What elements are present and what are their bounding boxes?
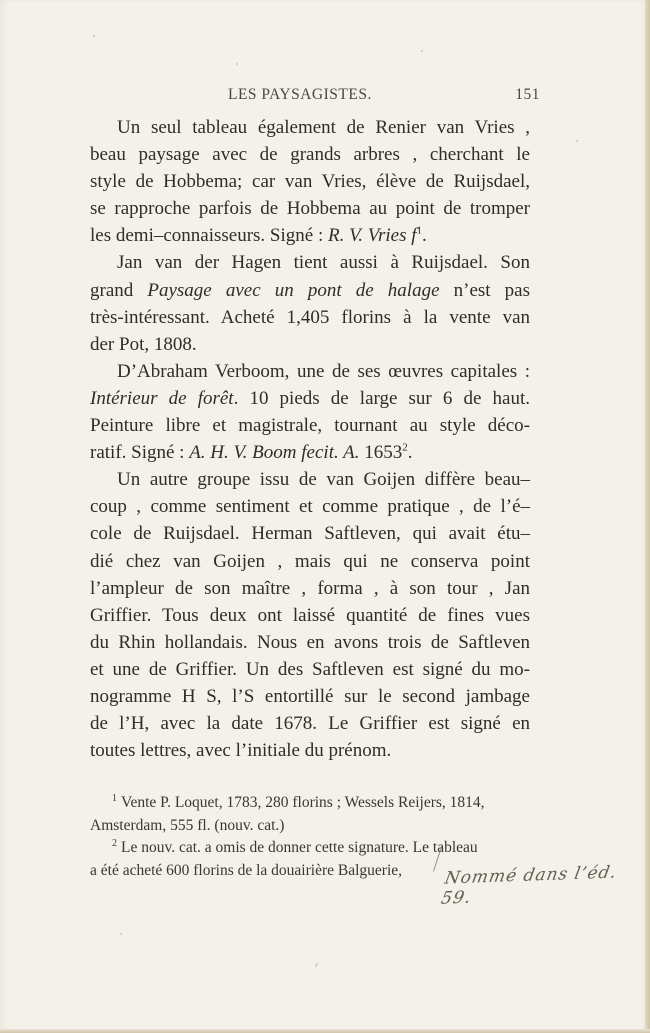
text-line: Peinture libre et magistrale, tournant a… [90, 412, 530, 439]
text-line: du Rhin hollandais. Nous en avons trois … [90, 629, 530, 656]
main-text: Un seul tableau également de Renier van … [90, 114, 530, 764]
footnote-number: 2 [112, 838, 117, 849]
artwork-title-italic: Intérieur de forêt [90, 388, 234, 409]
text-line: grand Paysage avec un pont de halage n’e… [90, 277, 530, 304]
paper-speck [315, 965, 317, 967]
signature-italic: R. V. Vries f [328, 225, 417, 246]
signature-italic: A. H. V. Boom fecit. A. [189, 442, 359, 463]
text-line: Intérieur de forêt. 10 pieds de large su… [90, 385, 530, 412]
text-line: beau paysage avec de grands arbres , che… [90, 141, 530, 168]
paper-speck [316, 963, 318, 965]
text-line: coup , comme sentiment et comme pratique… [90, 493, 530, 520]
book-page: LES PAYSAGISTES. 151 Un seul tableau éga… [0, 0, 650, 1033]
text-segment: Vente P. Loquet, 1783, 280 florins ; Wes… [121, 794, 485, 811]
text-line: Un seul tableau également de Renier van … [90, 114, 530, 141]
paper-speck [93, 35, 95, 37]
text-line: D’Abraham Verboom, une de ses œuvres cap… [90, 358, 530, 385]
paper-speck [576, 140, 578, 142]
text-line: et une de Griffier. Un des Saftleven est… [90, 656, 530, 683]
paragraph-4: Un autre groupe issu de van Goijen diffè… [90, 466, 530, 764]
text-line: l’ampleur de son maître , forma , à son … [90, 575, 530, 602]
paper-speck [236, 63, 238, 65]
text-line: Jan van der Hagen tient aussi à Ruijsdae… [90, 249, 530, 276]
page-bottom-edge [0, 1029, 650, 1033]
text-line: les demi–connaisseurs. Signé : R. V. Vri… [90, 222, 530, 249]
text-line: Griffier. Tous deux ont laissé quantité … [90, 602, 530, 629]
footnote-1: 1Vente P. Loquet, 1783, 280 florins ; We… [90, 792, 520, 837]
text-line: dié chez van Goijen , mais qui ne conser… [90, 548, 530, 575]
footnote-number: 1 [112, 793, 117, 804]
text-line: der Pot, 1808. [90, 331, 530, 358]
text-segment: grand [90, 280, 147, 301]
paper-speck [120, 933, 122, 935]
text-segment: . [422, 225, 427, 246]
running-head: LES PAYSAGISTES. 151 [228, 86, 548, 106]
paragraph-1: Un seul tableau également de Renier van … [90, 114, 530, 249]
text-line: se rapproche parfois de Hobbema au point… [90, 195, 530, 222]
artwork-title-italic: Paysage avec un pont de halage [147, 280, 439, 301]
text-line: très-intéressant. Acheté 1,405 florins à… [90, 304, 530, 331]
text-segment: n’est pas [440, 280, 530, 301]
paper-speck [421, 50, 423, 52]
text-segment: les demi–connaisseurs. Signé : [90, 225, 328, 246]
text-line: style de Hobbema; car van Vries, élève d… [90, 168, 530, 195]
text-segment: . [408, 442, 413, 463]
text-line: cole de Ruijsdael. Herman Saftleven, qui… [90, 520, 530, 547]
text-segment: Le nouv. cat. a omis de donner cette sig… [121, 839, 478, 856]
handwritten-annotation: Nommé dans l’éd. 59. [440, 861, 650, 908]
text-segment: . 10 pieds de large sur 6 de haut. [234, 388, 530, 409]
running-head-title: LES PAYSAGISTES. [228, 86, 372, 104]
text-line: Un autre groupe issu de van Goijen diffè… [90, 466, 530, 493]
text-line: de l’H, avec la date 1678. Le Griffier e… [90, 710, 530, 737]
footnote-line: 1Vente P. Loquet, 1783, 280 florins ; We… [90, 792, 520, 815]
paragraph-3: D’Abraham Verboom, une de ses œuvres cap… [90, 358, 530, 466]
footnote-line: Amsterdam, 555 fl. (nouv. cat.) [90, 815, 520, 838]
text-line: nogramme H S, l’S entortillé sur le seco… [90, 683, 530, 710]
text-segment: 1653 [359, 442, 402, 463]
paragraph-2: Jan van der Hagen tient aussi à Ruijsdae… [90, 249, 530, 357]
page-number: 151 [515, 86, 540, 104]
text-line: ratif. Signé : A. H. V. Boom fecit. A. 1… [90, 439, 530, 466]
footnote-line: 2Le nouv. cat. a omis de donner cette si… [90, 837, 520, 860]
text-segment: ratif. Signé : [90, 442, 189, 463]
text-line: toutes lettres, avec l’initiale du préno… [90, 737, 530, 764]
